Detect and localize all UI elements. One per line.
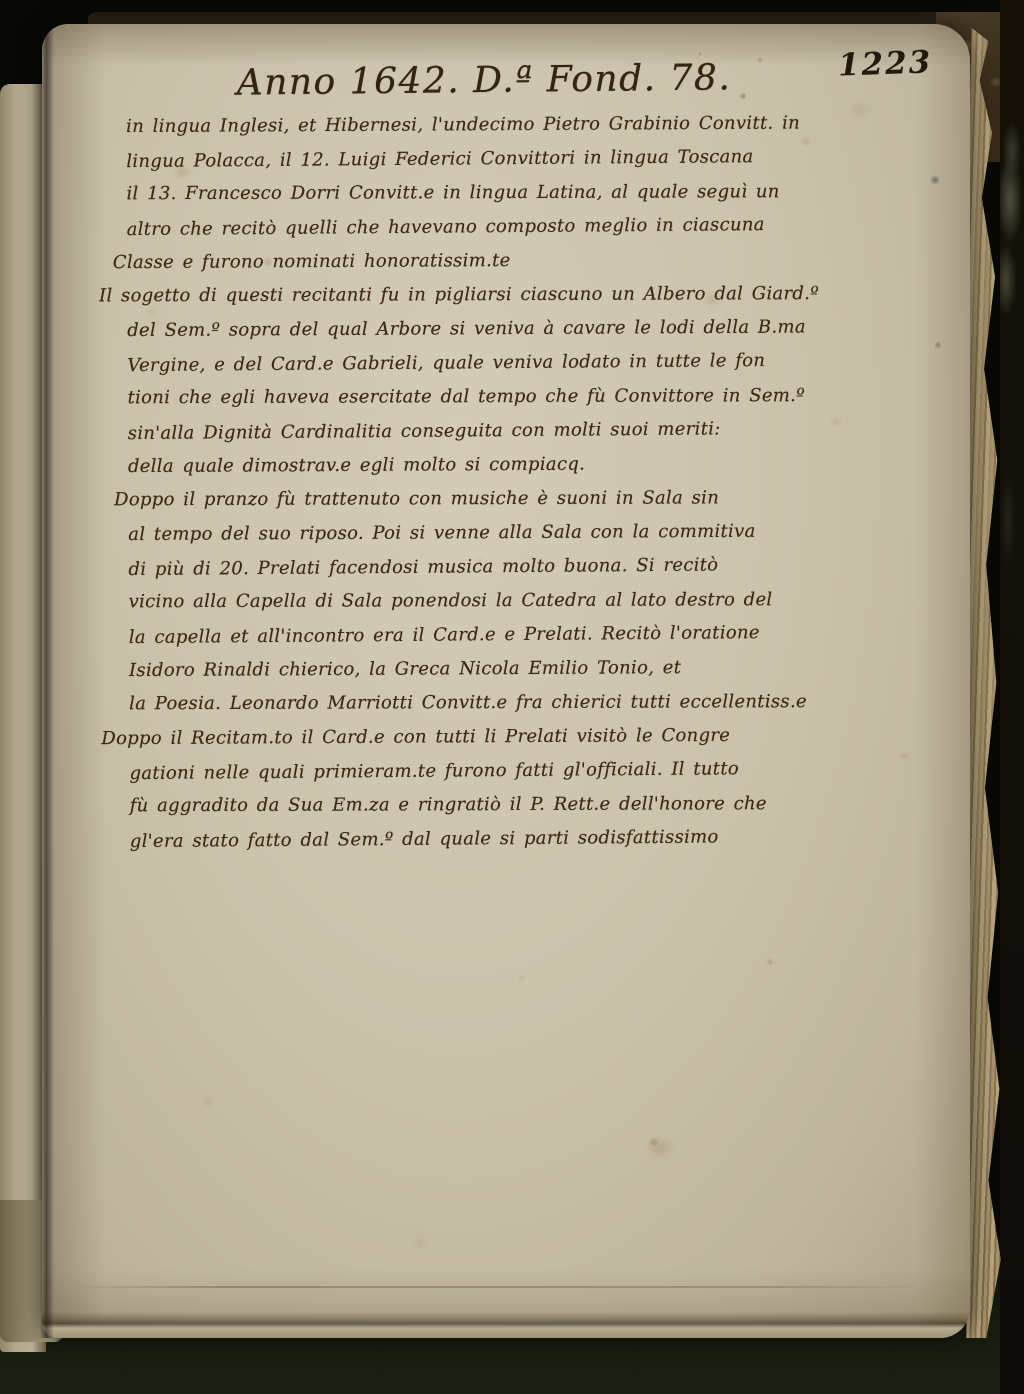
manuscript-page: 1223 Anno 1642. D.ª Fond. 78. in lingua … [42, 24, 970, 1338]
manuscript-line: la capella et all'incontro era il Card.e… [129, 615, 909, 655]
manuscript-line: sin'alla Dignità Cardinalitia conseguita… [128, 411, 908, 451]
manuscript-photo: 1223 Anno 1642. D.ª Fond. 78. in lingua … [0, 0, 1024, 1394]
manuscript-line: di più di 20. Prelati facendosi musica m… [128, 547, 908, 587]
book-cover-edge [1000, 0, 1024, 1394]
manuscript-line: Isidoro Rinaldi chierico, la Greca Nicol… [129, 650, 909, 688]
manuscript-line: lingua Polacca, il 12. Luigi Federici Co… [126, 139, 906, 179]
manuscript-body: in lingua Inglesi, et Hibernesi, l'undec… [126, 106, 910, 858]
manuscript-line: del Sem.º sopra del qual Arbore si veniv… [127, 310, 907, 348]
manuscript-line: Doppo il pranzo fù trattenuto con musich… [114, 481, 908, 517]
page-crease [66, 1286, 930, 1288]
page-heading: Anno 1642. D.ª Fond. 78. [42, 55, 948, 106]
page-bottom-deckle [42, 1312, 970, 1338]
manuscript-line: gationi nelle quali primieram.te furono … [129, 751, 909, 791]
manuscript-line: Doppo il Recitam.to il Card.e con tutti … [101, 718, 909, 756]
manuscript-line: vicino alla Capella di Sala ponendosi la… [129, 583, 909, 619]
gutter-crease [40, 30, 54, 1338]
manuscript-line: al tempo del suo riposo. Poi si venne al… [128, 514, 908, 552]
manuscript-line: gl'era stato fatto dal Sem.º dal quale s… [130, 819, 910, 859]
manuscript-line: altro che recitò quelli che havevano com… [127, 207, 907, 247]
manuscript-line: Vergine, e del Card.e Gabrieli, quale ve… [127, 343, 907, 383]
manuscript-line: fù aggradito da Sua Em.za e ringratiò il… [130, 787, 910, 823]
manuscript-line: Classe e furono nominati honoratissim.te [113, 242, 907, 280]
manuscript-line: Il sogetto di questi recitanti fu in pig… [99, 277, 907, 314]
manuscript-line: la Poesia. Leonardo Marriotti Convitt.e … [129, 685, 909, 721]
manuscript-line: della quale dimostrav.e egli molto si co… [128, 446, 908, 484]
manuscript-line: in lingua Inglesi, et Hibernesi, l'undec… [126, 106, 906, 144]
manuscript-line: tioni che egli haveva esercitate dal tem… [128, 379, 908, 415]
manuscript-line: il 13. Francesco Dorri Convitt.e in ling… [126, 175, 906, 211]
